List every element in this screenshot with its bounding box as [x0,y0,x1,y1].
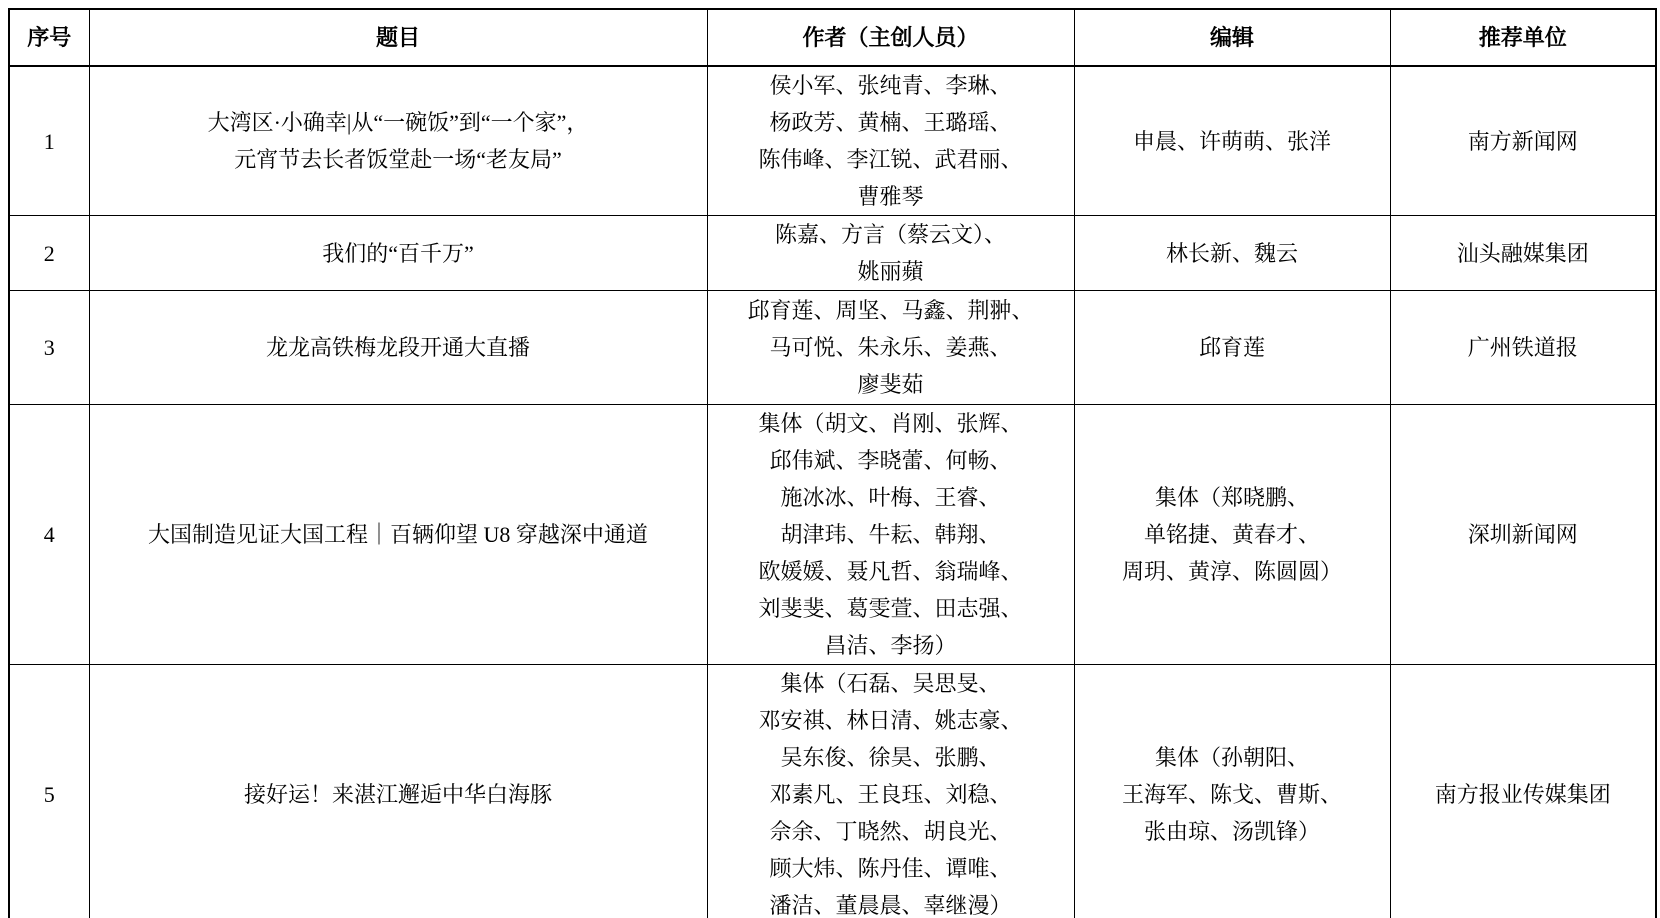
table-row: 4 大国制造见证大国工程｜百辆仰望 U8 穿越深中通道 集体（胡文、肖刚、张辉、… [9,405,1656,665]
editors-cell: 申晨、许萌萌、张洋 [1074,66,1390,216]
table-row: 3 龙龙高铁梅龙段开通大直播 邱育莲、周坚、马鑫、荆翀、 马可悦、朱永乐、姜燕、… [9,291,1656,405]
table-row: 2 我们的“百千万” 陈嘉、方言（蔡云文）、 姚丽蘋 林长新、魏云 汕头融媒集团 [9,216,1656,291]
editors-cell: 邱育莲 [1074,291,1390,405]
editors-cell: 集体（孙朝阳、 王海军、陈戈、曹斯、 张由琼、汤凯锋） [1074,665,1390,918]
row-number-cell: 2 [9,216,89,291]
authors-cell: 侯小军、张纯青、李琳、 杨政芳、黄楠、王璐瑶、 陈伟峰、李江锐、武君丽、 曹雅琴 [707,66,1074,216]
title-cell: 龙龙高铁梅龙段开通大直播 [89,291,707,405]
title-cell: 我们的“百千万” [89,216,707,291]
header-unit: 推荐单位 [1390,9,1656,66]
table-header-row: 序号 题目 作者（主创人员） 编辑 推荐单位 [9,9,1656,66]
unit-cell: 深圳新闻网 [1390,405,1656,665]
row-number-cell: 5 [9,665,89,918]
header-no: 序号 [9,9,89,66]
table-row: 5 接好运！来湛江邂逅中华白海豚 集体（石磊、吴思旻、 邓安祺、林日清、姚志豪、… [9,665,1656,918]
header-authors: 作者（主创人员） [707,9,1074,66]
authors-cell: 陈嘉、方言（蔡云文）、 姚丽蘋 [707,216,1074,291]
authors-cell: 集体（胡文、肖刚、张辉、 邱伟斌、李晓蕾、何畅、 施冰冰、叶梅、王睿、 胡津玮、… [707,405,1074,665]
unit-cell: 南方报业传媒集团 [1390,665,1656,918]
title-cell: 接好运！来湛江邂逅中华白海豚 [89,665,707,918]
editors-cell: 林长新、魏云 [1074,216,1390,291]
unit-cell: 汕头融媒集团 [1390,216,1656,291]
authors-cell: 集体（石磊、吴思旻、 邓安祺、林日清、姚志豪、 吴东俊、徐昊、张鹏、 邓素凡、王… [707,665,1074,918]
table-row: 1 大湾区·小确幸|从“一碗饭”到“一个家”， 元宵节去长者饭堂赴一场“老友局”… [9,66,1656,216]
row-number-cell: 1 [9,66,89,216]
document-page: 序号 题目 作者（主创人员） 编辑 推荐单位 1 大湾区·小确幸|从“一碗饭”到… [0,0,1660,918]
row-number-cell: 3 [9,291,89,405]
award-entries-table: 序号 题目 作者（主创人员） 编辑 推荐单位 1 大湾区·小确幸|从“一碗饭”到… [8,8,1657,918]
title-cell: 大国制造见证大国工程｜百辆仰望 U8 穿越深中通道 [89,405,707,665]
header-editors: 编辑 [1074,9,1390,66]
editors-cell: 集体（郑晓鹏、 单铭捷、黄春才、 周玥、黄淳、陈圆圆） [1074,405,1390,665]
title-cell: 大湾区·小确幸|从“一碗饭”到“一个家”， 元宵节去长者饭堂赴一场“老友局” [89,66,707,216]
header-title: 题目 [89,9,707,66]
row-number-cell: 4 [9,405,89,665]
unit-cell: 南方新闻网 [1390,66,1656,216]
authors-cell: 邱育莲、周坚、马鑫、荆翀、 马可悦、朱永乐、姜燕、 廖斐茹 [707,291,1074,405]
unit-cell: 广州铁道报 [1390,291,1656,405]
